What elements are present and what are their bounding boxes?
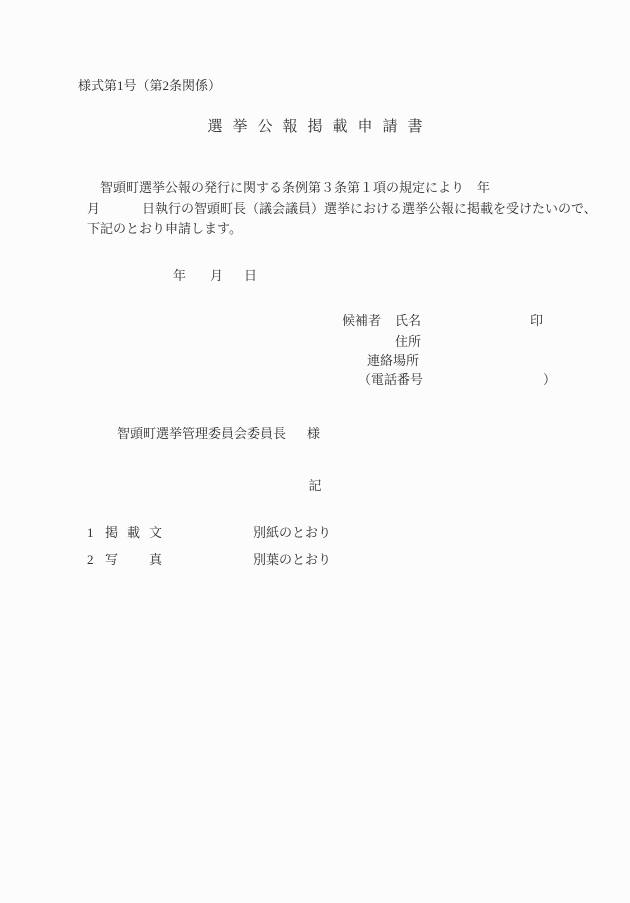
item1-number: 1 [87, 526, 94, 539]
paragraph-line1-text: 智頭町選挙公報の発行に関する条例第３条第１項の規定により [100, 181, 464, 194]
candidate-contact-label: 連絡場所 [367, 354, 419, 367]
date-day-label: 日 [244, 269, 257, 282]
item2-value: 別葉のとおり [253, 553, 331, 566]
addressee-label: 智頭町選挙管理委員会委員長 [117, 427, 286, 440]
addressee-honorific: 様 [307, 427, 320, 440]
paragraph-line3-text: 下記のとおり申請します。 [87, 222, 242, 235]
candidate-seal-mark: 印 [530, 314, 543, 327]
paragraph-line1-year-label: 年 [477, 181, 490, 194]
paragraph-line2-text: 日執行の智頭町長（議会議員）選挙における選挙公報に掲載を受けたいので、 [142, 202, 597, 215]
candidate-name-label: 氏名 [395, 314, 421, 327]
candidate-address-label: 住所 [395, 335, 421, 348]
application-form-page: 様式第1号（第2条関係） 選挙公報掲載申請書 智頭町選挙公報の発行に関する条例第… [0, 0, 630, 903]
item1-value: 別紙のとおり [253, 526, 331, 539]
item1-label: 掲載文 [105, 526, 162, 539]
section-mark: 記 [0, 479, 630, 492]
date-month-label: 月 [210, 269, 223, 282]
date-year-label: 年 [173, 269, 186, 282]
form-number: 様式第1号（第2条関係） [78, 79, 221, 92]
paragraph-line2-month-label: 月 [87, 202, 100, 215]
candidate-phone-label: （電話番号 [358, 373, 423, 386]
candidate-prefix-label: 候補者 [342, 314, 381, 327]
candidate-phone-close-paren: ） [543, 373, 556, 386]
item2-number: 2 [87, 553, 94, 566]
item2-label: 写真 [105, 553, 162, 566]
page-title: 選挙公報掲載申請書 [0, 120, 630, 135]
